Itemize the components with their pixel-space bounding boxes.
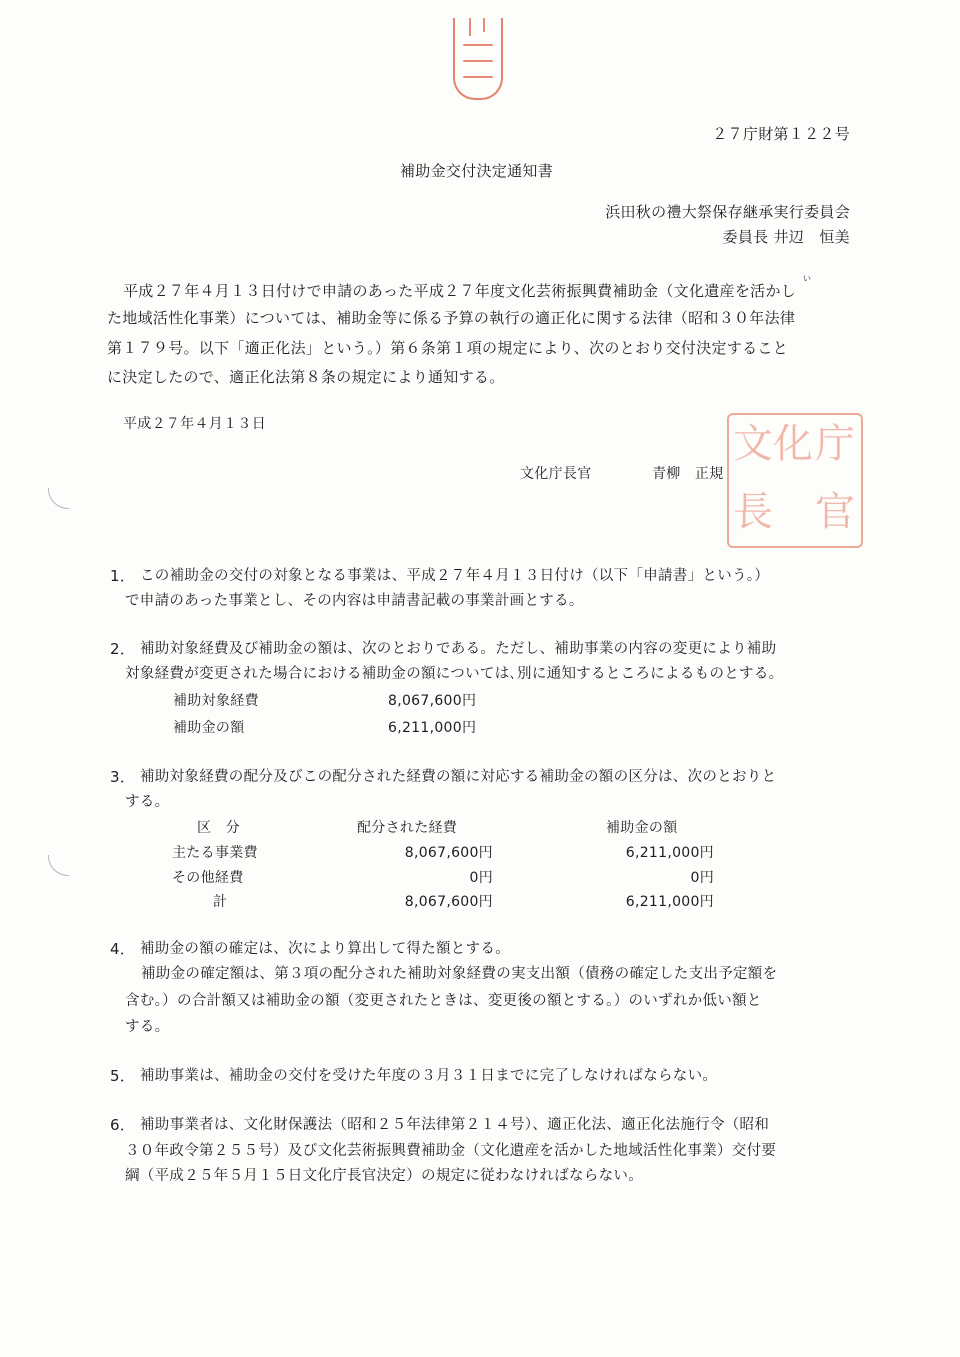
- table-cell-subsidy: 6,211,000円: [626, 895, 714, 910]
- issue-date: 平成２７年４月１３日: [123, 417, 266, 432]
- clause-line: この補助金の交付の対象となる事業は、平成２７年４月１３日付け（以下「申請書」とい…: [140, 569, 769, 584]
- amount-label: 補助金の額: [173, 721, 245, 736]
- document-number: ２７庁財第１２２号: [712, 127, 850, 142]
- seal-char: 官: [815, 487, 855, 537]
- document-title: 補助金交付決定通知書: [400, 164, 553, 179]
- table-cell-subsidy: 0円: [690, 871, 714, 886]
- amount-label: 補助対象経費: [173, 694, 259, 709]
- intro-line: た地域活性化事業）については、補助金等に係る予算の執行の適正化に関する法律（昭和…: [107, 311, 795, 326]
- clause-line: 補助金の確定額は、第３項の配分された補助対象経費の実支出額（債務の確定した支出予…: [141, 967, 777, 982]
- clause-number: 1．: [110, 569, 135, 584]
- table-cell-allocated: 8,067,600円: [405, 895, 493, 910]
- table-header: 補助金の額: [606, 821, 678, 836]
- clause-line: 綱（平成２５年５月１５日文化庁長官決定）の規定に従わなければならない。: [125, 1169, 643, 1184]
- table-cell-allocated: 0円: [469, 871, 493, 886]
- seal-char: 化: [773, 419, 813, 469]
- table-header: 配分された経費: [357, 821, 457, 836]
- amount-value: 8,067,600円: [388, 694, 476, 709]
- table-cell-subsidy: 6,211,000円: [626, 846, 714, 861]
- seal-char: 庁: [815, 419, 855, 469]
- clause-line: 補助金の額の確定は、次により算出して得た額とする。: [140, 942, 510, 957]
- clause-number: 4．: [110, 942, 135, 957]
- clause-number: 6．: [110, 1118, 135, 1133]
- clause-number: 3．: [110, 770, 135, 785]
- recipient-organization: 浜田秋の禮大祭保存継承実行委員会: [605, 205, 850, 220]
- official-seal-stamp: 文 化 庁 長 官: [727, 413, 863, 548]
- margin-mark: [48, 488, 69, 509]
- clause-line: 含む。）の合計額又は補助金の額（変更されたときは、変更後の額とする。）のいずれか…: [125, 994, 762, 1009]
- issuer-title: 文化庁長官: [520, 467, 592, 482]
- seal-stamp-top: [453, 18, 503, 100]
- intro-line: に決定したので、適正化法第８条の規定により通知する。: [107, 370, 505, 385]
- furigana: い: [803, 273, 811, 284]
- seal-char: 文: [733, 419, 773, 469]
- clause-line: 補助対象経費及び補助金の額は、次のとおりである。ただし、補助事業の内容の変更によ…: [140, 642, 776, 657]
- table-cell-category: 計: [213, 895, 227, 910]
- clause-line: する。: [125, 1020, 169, 1035]
- clause-line: 補助対象経費の配分及びこの配分された経費の額に対応する補助金の額の区分は、次のと…: [140, 770, 776, 785]
- intro-line: 平成２７年４月１３日付けで申請のあった平成２７年度文化芸術振興費補助金（文化遺産…: [123, 284, 796, 299]
- clause-number: 5．: [110, 1069, 135, 1084]
- recipient-name: 委員長 井辺 恒美: [723, 230, 850, 245]
- amount-value: 6,211,000円: [388, 721, 476, 736]
- table-cell-category: その他経費: [172, 871, 244, 886]
- margin-mark: [48, 855, 69, 876]
- clause-line: 補助事業は、補助金の交付を受けた年度の３月３１日までに完了しなければならない。: [140, 1069, 717, 1084]
- clause-line: 対象経費が変更された場合における補助金の額については､別に通知するところによるも…: [125, 667, 783, 682]
- clause-line: 補助事業者は、文化財保護法（昭和２５年法律第２１４号）、適正化法、適正化法施行令…: [140, 1118, 769, 1133]
- clause-line: する。: [125, 795, 169, 810]
- clause-line: ３０年政令第２５５号）及び文化芸術振興費補助金（文化遺産を活かした地域活性化事業…: [125, 1144, 776, 1159]
- intro-line: 第１７９号。以下「適正化法」という。）第６条第１項の規定により、次のとおり交付決…: [107, 341, 788, 356]
- seal-char: 長: [733, 487, 773, 537]
- table-cell-category: 主たる事業費: [172, 846, 258, 861]
- issuer-name: 青柳 正規: [652, 467, 724, 482]
- table-cell-allocated: 8,067,600円: [405, 846, 493, 861]
- table-header: 区 分: [197, 821, 240, 836]
- clause-line: で申請のあった事業とし、その内容は申請書記載の事業計画とする。: [125, 594, 584, 609]
- clause-number: 2．: [110, 642, 135, 657]
